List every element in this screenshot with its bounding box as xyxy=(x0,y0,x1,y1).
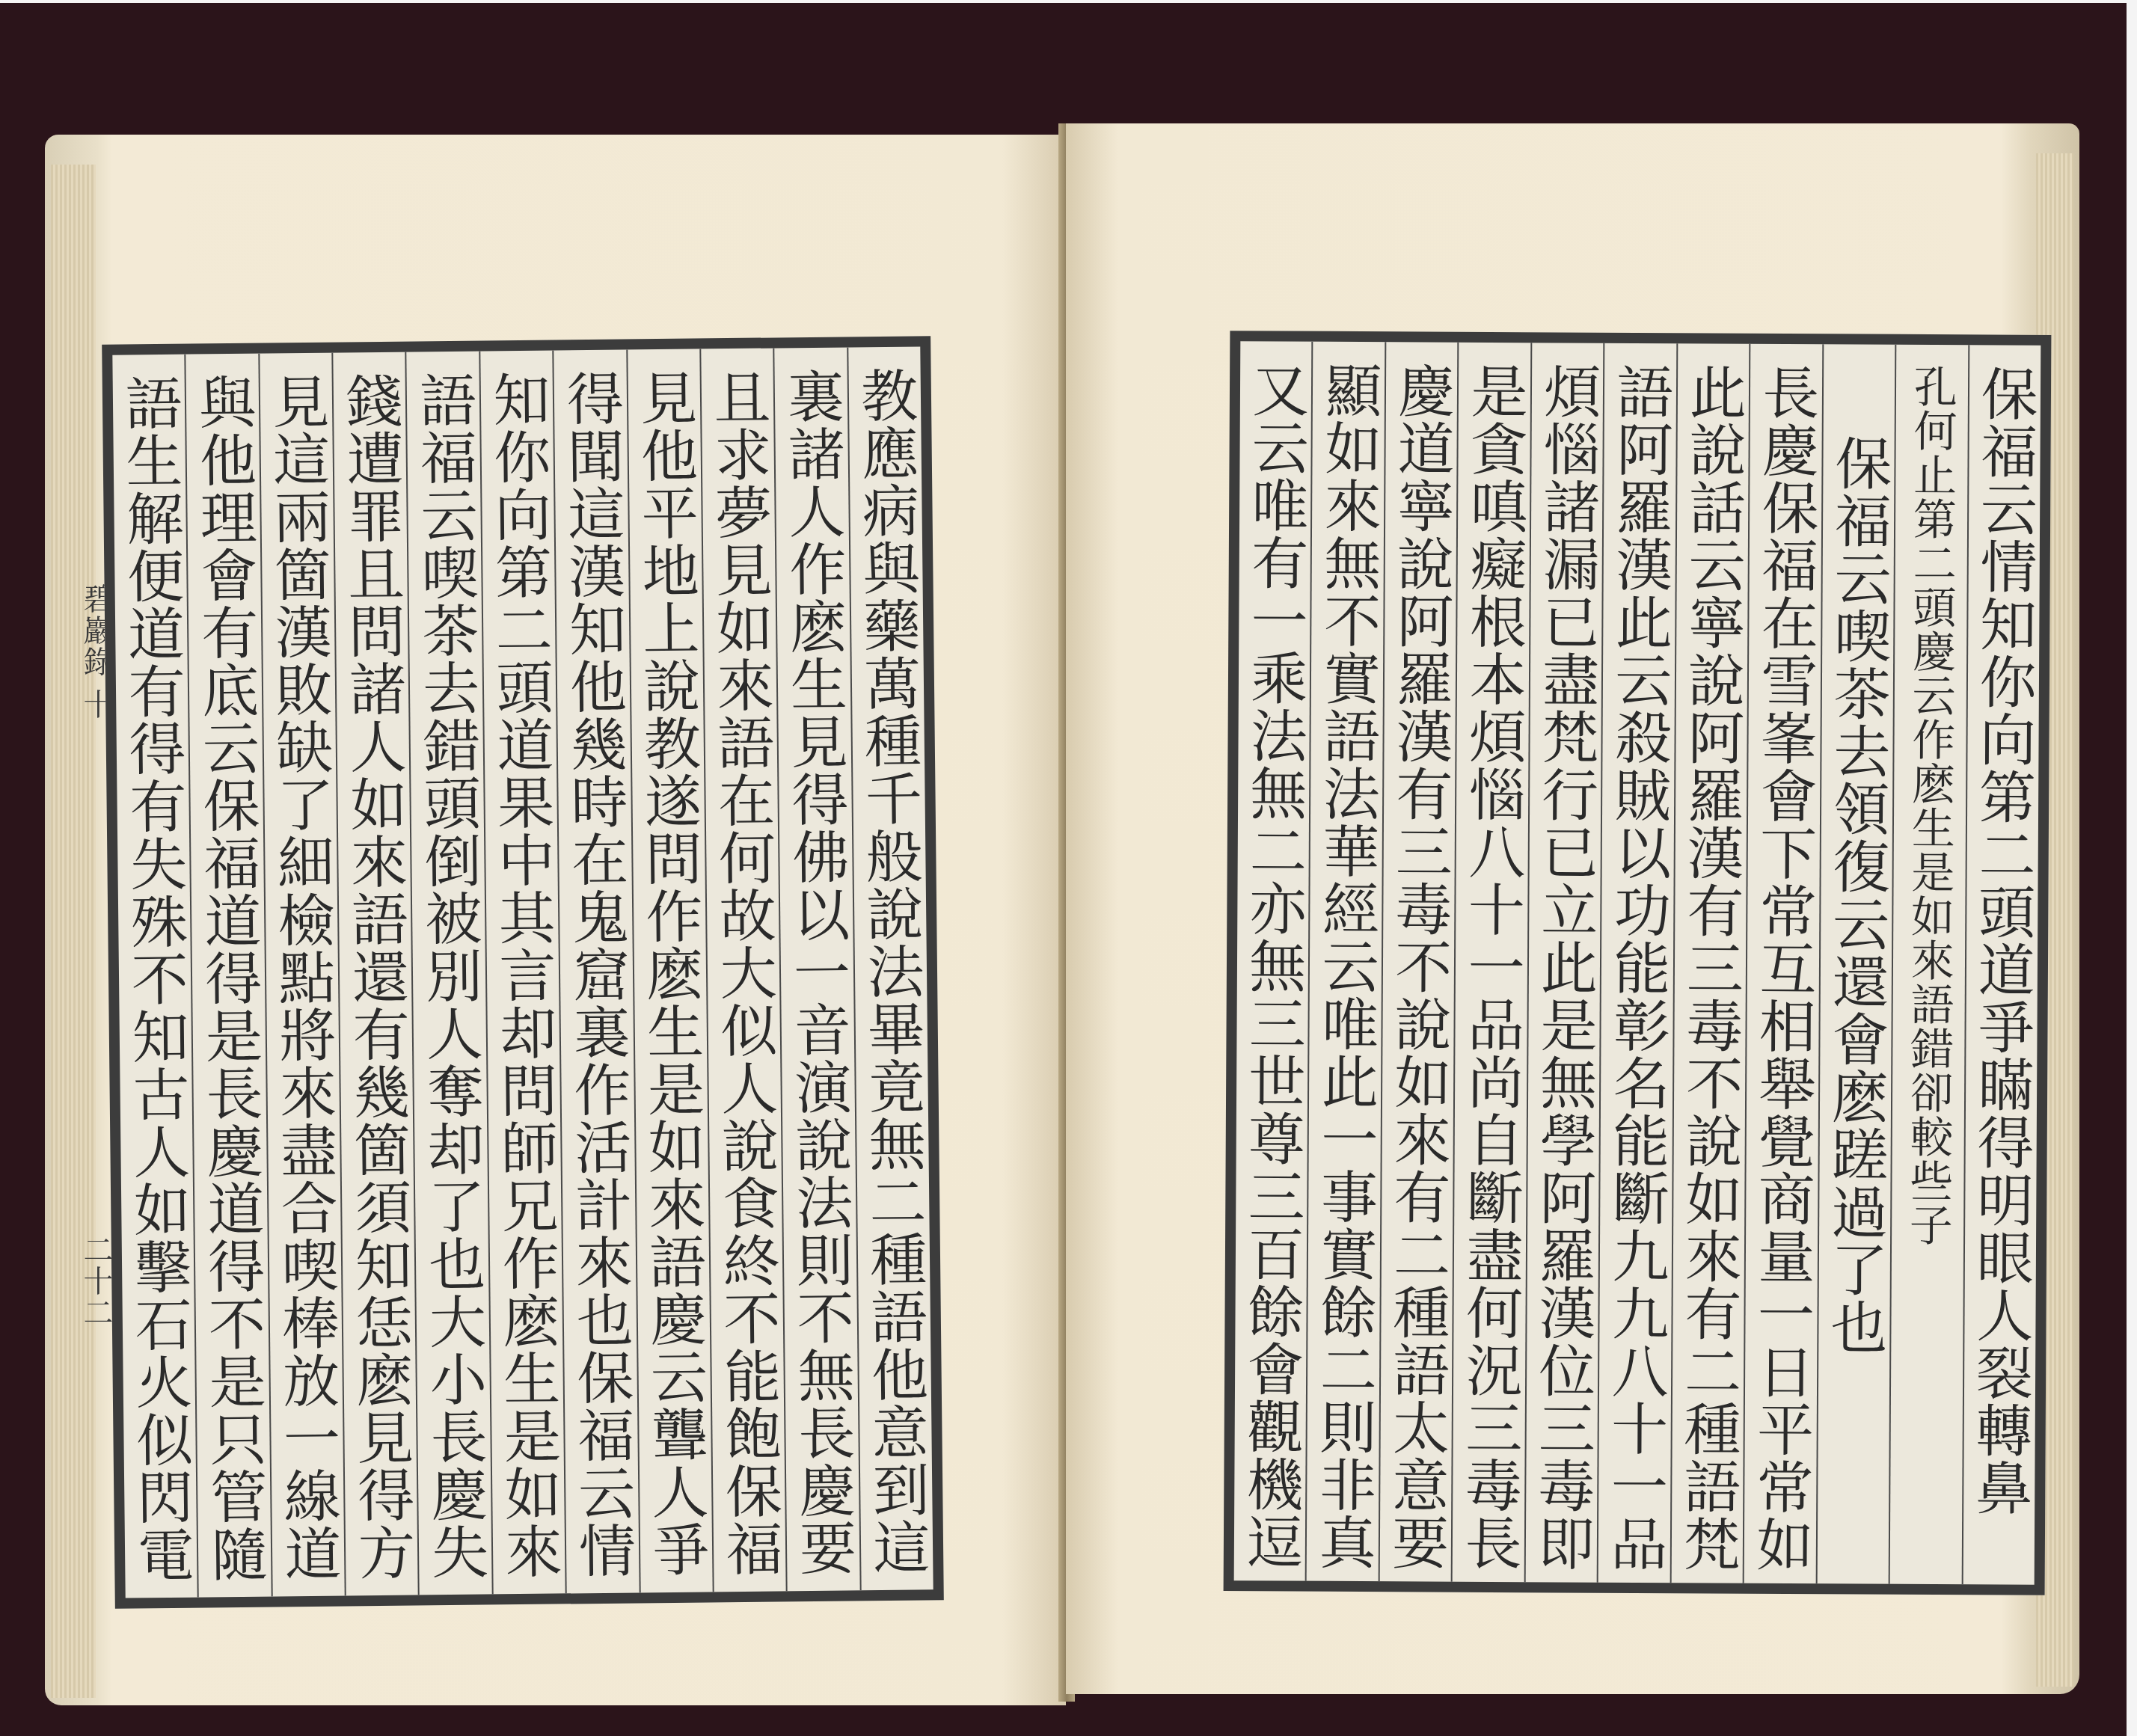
left-page: 碧巖錄 十 二十二 教應病與藥萬種千般說法畢竟無二種語他意到這 裏諸人作麽生見得… xyxy=(45,135,1066,1705)
text-column: 慶道寧說阿羅漢有三毒不說如來有二種語太意要 xyxy=(1379,342,1458,1581)
text-column: 顯如來無不實語法華經云唯此一事實餘二則非真 xyxy=(1305,342,1385,1581)
text-column: 是貪嗔癡根本煩惱八十一品尚自斷盡何況三毒長 xyxy=(1451,343,1530,1582)
text-column: 保福云喫茶去領復云還會麽蹉過了也 xyxy=(1815,344,1895,1583)
text-column: 語生解便道有得有失殊不知古人如擊石火似閃電 xyxy=(112,355,197,1598)
text-column: 得聞這漢知他幾時在鬼窟裏作活計來也保福云情 xyxy=(552,350,639,1594)
image-top-border xyxy=(0,0,2137,3)
left-fore-edge xyxy=(51,165,96,1698)
right-page: 碧巖錄 十 二十二 保福云情知你向第二頭道爭瞞得明眼人裂轉鼻 孔何止第二頭慶云作… xyxy=(1066,123,2079,1694)
text-column: 語福云喫茶去錯頭倒被別人奪却了也大小長慶失 xyxy=(405,352,492,1595)
open-book: 碧巖錄 十 二十二 教應病與藥萬種千般說法畢竟無二種語他意到這 裏諸人作麽生見得… xyxy=(45,123,2079,1702)
text-column: 保福云情知你向第二頭道爭瞞得明眼人裂轉鼻 xyxy=(1961,345,2041,1584)
text-column: 裏諸人作麽生見得佛以一音演說法則不無長慶要 xyxy=(773,347,860,1591)
text-column: 又云唯有一乘法無二亦無三世尊三百餘會觀機逗 xyxy=(1234,341,1312,1580)
text-column: 見他平地上說教遂問作麽生是如來語慶云聾人爭 xyxy=(626,349,713,1592)
text-column: 且求夢見如來語在何故大似人說食終不能飽保福 xyxy=(699,348,786,1592)
text-column: 此說話云寧說阿羅漢有三毒不說如來有二種語梵 xyxy=(1670,343,1749,1583)
text-column: 錢遭罪且問諸人如來語還有幾箇須知恁麽見得方 xyxy=(331,352,418,1596)
text-column: 教應病與藥萬種千般說法畢竟無二種語他意到這 xyxy=(847,346,933,1590)
text-column: 煩惱諸漏已盡梵行已立此是無學阿羅漢位三毒即 xyxy=(1524,343,1603,1582)
text-column: 知你向第二頭道果中其言却問師兄作麽生是如來 xyxy=(479,351,565,1595)
right-text-frame: 保福云情知你向第二頭道爭瞞得明眼人裂轉鼻 孔何止第二頭慶云作麽生是如來語錯卻較些… xyxy=(1224,331,2052,1595)
text-column: 語阿羅漢此云殺賊以功能彰名能斷九九八十一品 xyxy=(1597,343,1676,1583)
text-column: 與他理會有底云保福道得是長慶道得不是只管隨 xyxy=(185,354,272,1598)
text-column: 見這兩箇漢敗缺了細檢點將來盡合喫棒放一線道 xyxy=(258,353,345,1597)
image-right-border xyxy=(2127,0,2137,1736)
text-column: 長慶保福在雪峯會下常互相舉覺商量一日平常如 xyxy=(1743,344,1822,1583)
text-column-annotation: 孔何止第二頭慶云作麽生是如來語錯卻較些子 xyxy=(1889,345,1968,1584)
left-text-frame: 教應病與藥萬種千般說法畢竟無二種語他意到這 裏諸人作麽生見得佛以一音演說法則不無… xyxy=(102,336,944,1609)
